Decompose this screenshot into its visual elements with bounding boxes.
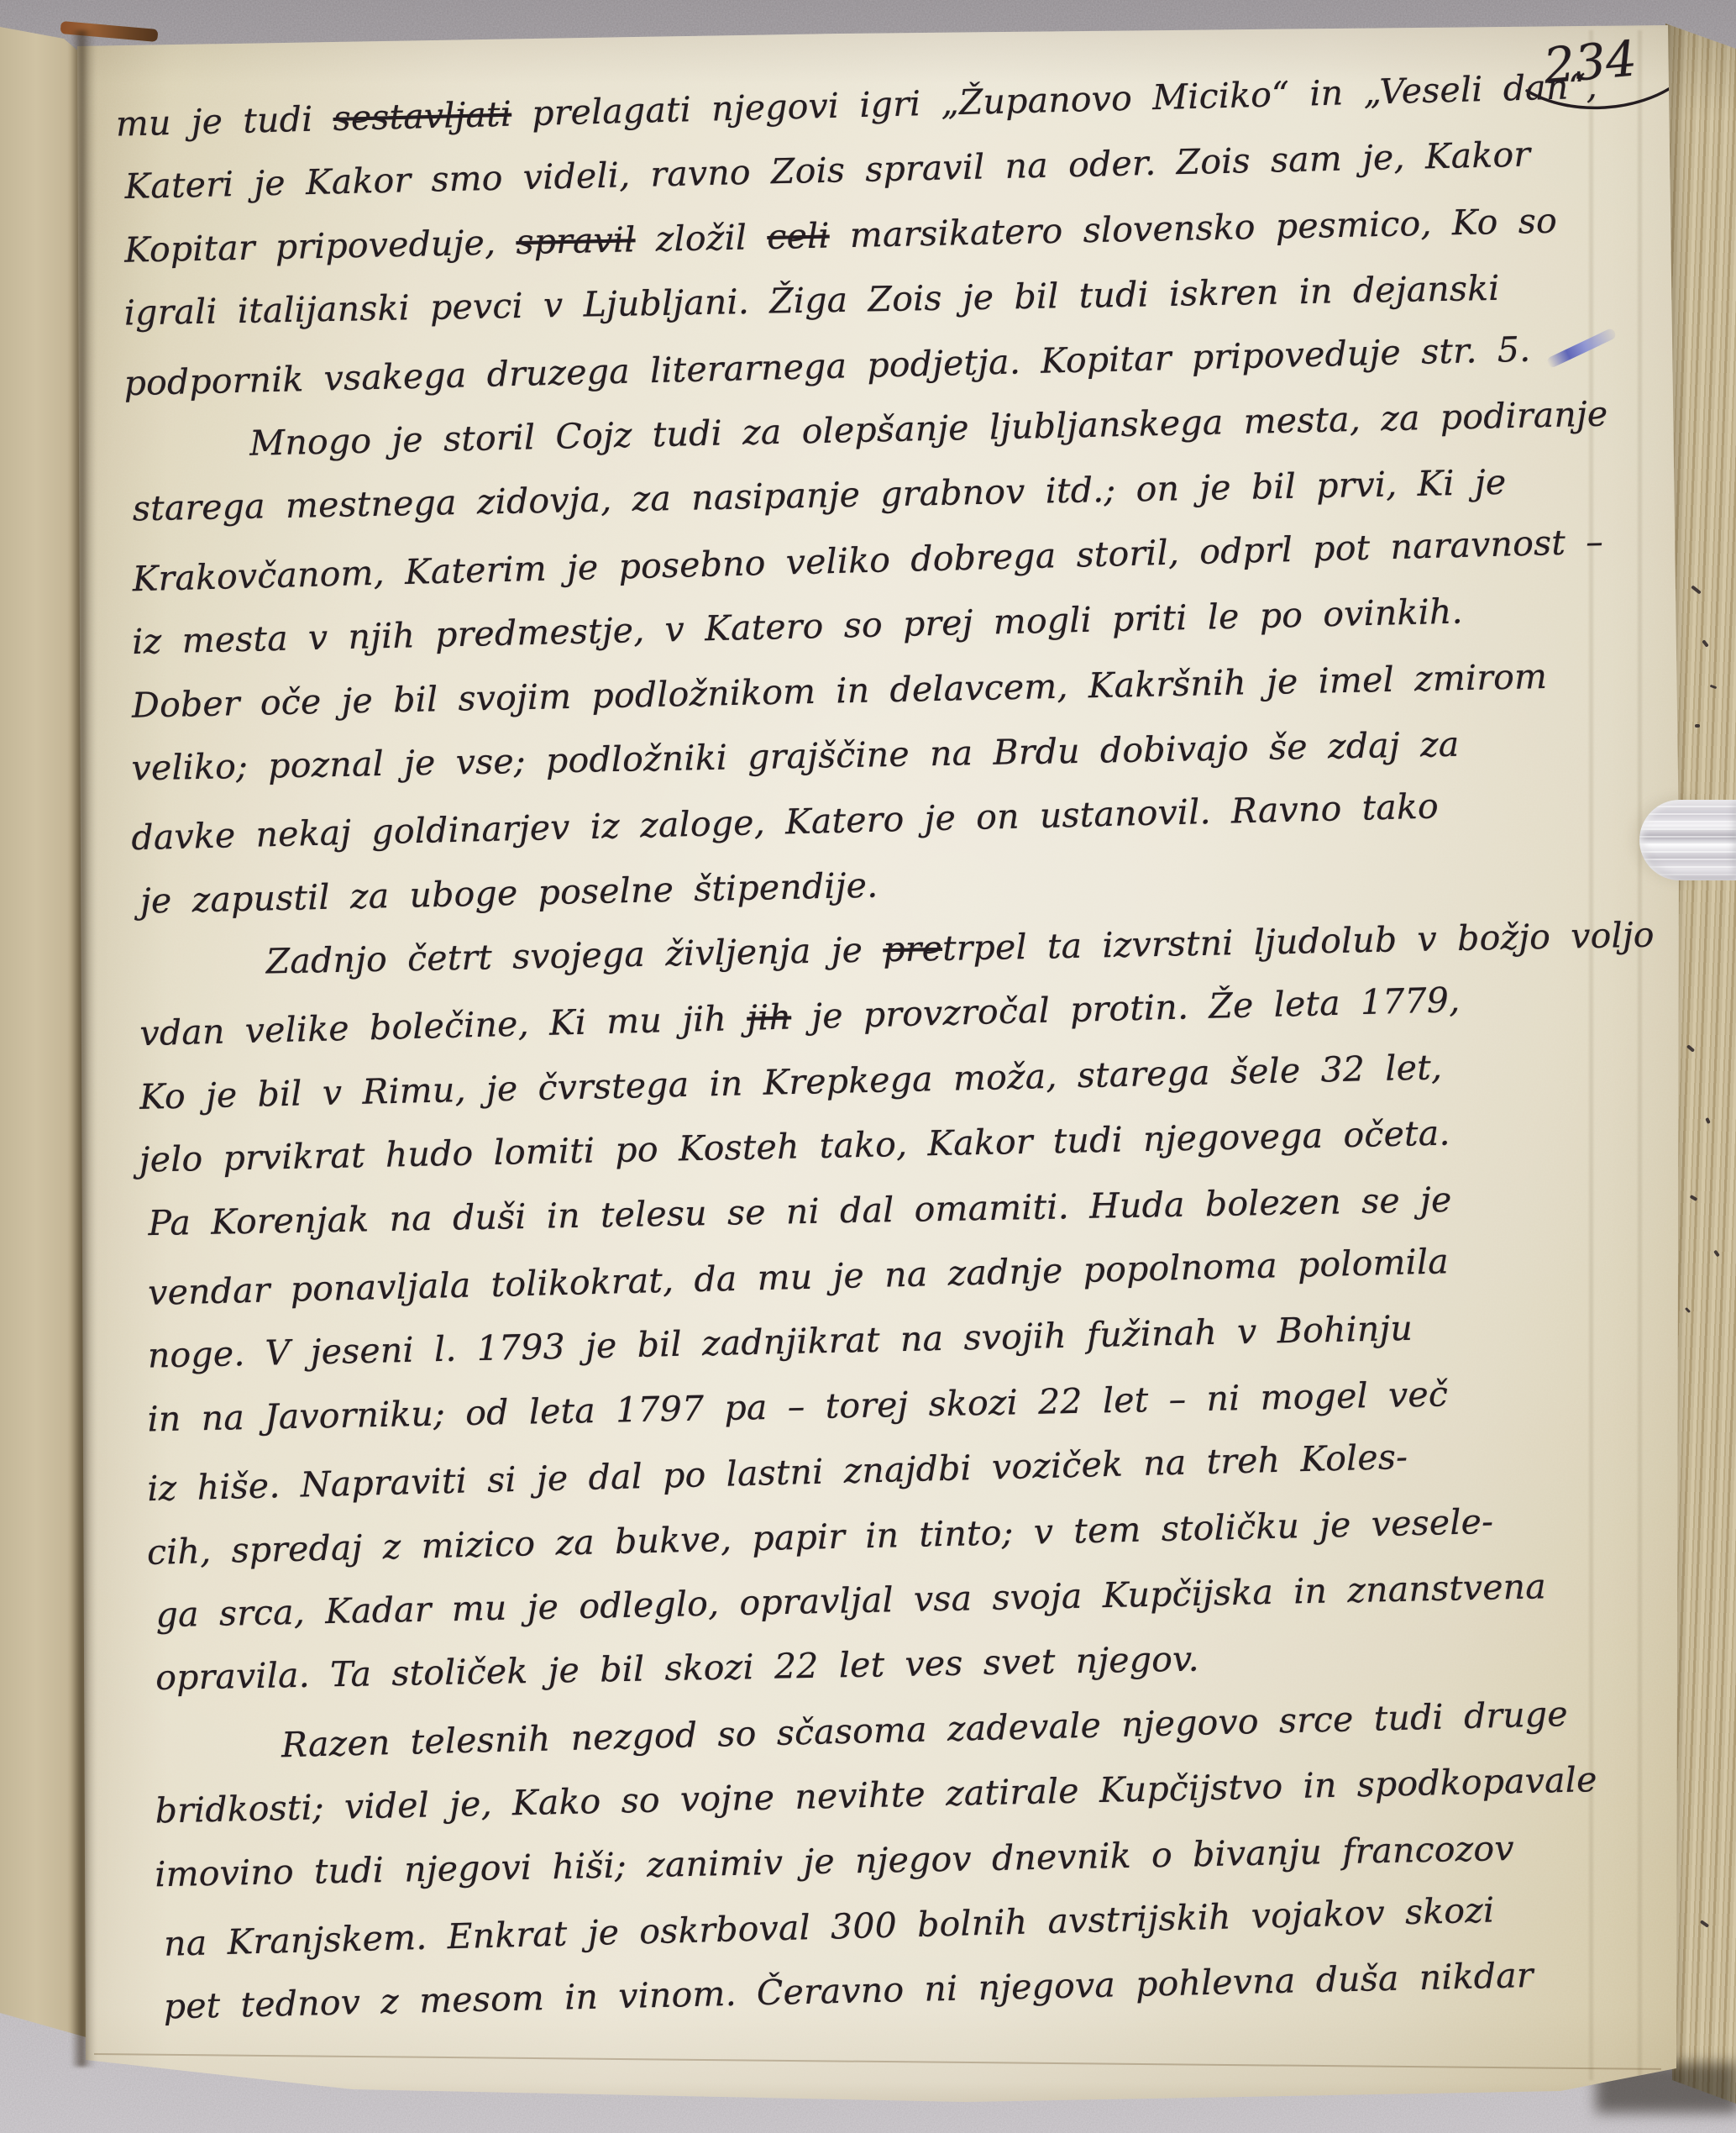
ink-speck	[1695, 724, 1700, 728]
handwritten-text-block: mu je tudi sestavljati prelagati njegovi…	[119, 55, 1736, 2039]
struck-word: sestavljati	[333, 94, 512, 139]
struck-word: pre	[883, 928, 943, 969]
gutter-shadow	[71, 30, 96, 2067]
manuscript-page: 234 mu je tudi sestavljati prelagati nje…	[0, 0, 1736, 2133]
manuscript-photo: { "photo": { "description": "Photograph …	[0, 0, 1736, 2133]
glass-page-weight	[1639, 800, 1736, 880]
struck-word: jih	[747, 997, 792, 1038]
struck-word: celi	[767, 215, 830, 257]
blue-pencil-mark	[1545, 327, 1617, 368]
struck-word: spravil	[516, 219, 636, 262]
